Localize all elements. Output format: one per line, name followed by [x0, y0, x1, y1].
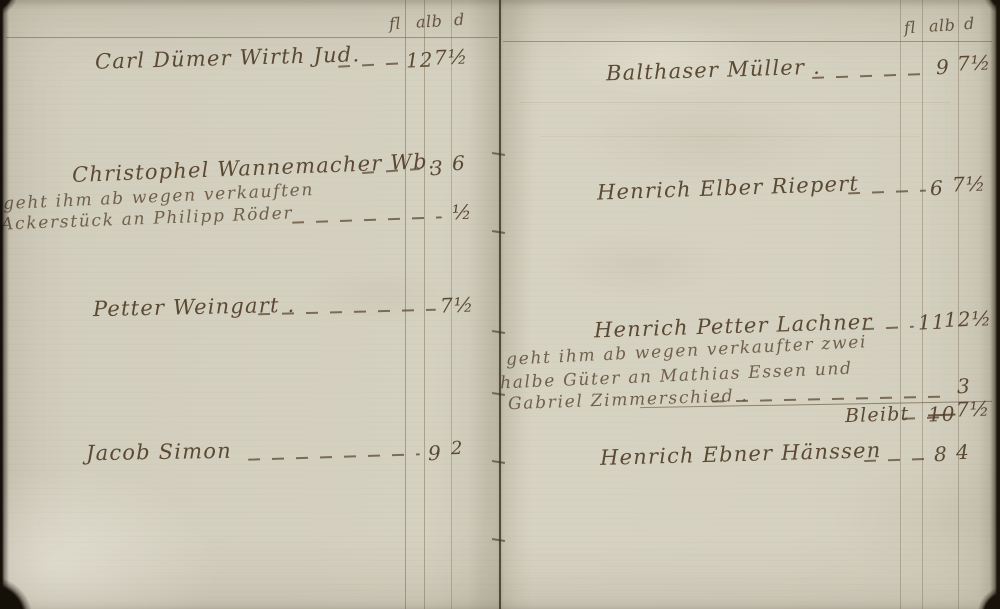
entry-name: Christophel Wannemacher Wb.: [72, 151, 436, 186]
amount-d: 7½: [440, 294, 475, 315]
amount-fl: 12: [406, 50, 434, 71]
amount-fl: 11: [918, 312, 946, 333]
amount-alb: 7½: [952, 173, 987, 194]
amount-fl: 3: [430, 158, 444, 178]
amount-fl: 6: [930, 178, 944, 198]
amount-alb: 12½: [944, 308, 993, 330]
entry-name: Henrich Elber Riepert: [597, 173, 860, 203]
amount-fl: 9: [428, 443, 442, 463]
amount-deduction: 3: [957, 376, 971, 396]
amount-alb: 4: [956, 442, 970, 462]
ink-dash: [812, 73, 924, 79]
gutter-line: [499, 0, 501, 609]
amount-fl: 8: [934, 444, 948, 464]
amount-alb: 6: [452, 153, 466, 173]
book-edge-left: [0, 0, 9, 609]
entry-name: Jacob Simon: [86, 441, 232, 465]
column-header-d: d: [454, 12, 466, 29]
ink-dash: [248, 453, 420, 460]
amount-d: ½: [452, 202, 473, 223]
faint-rule: [540, 136, 920, 137]
column-header-fl: fl: [903, 20, 916, 37]
remainder-fl: 10: [928, 404, 956, 425]
amount-alb: 2: [451, 440, 464, 458]
amount-fl: 9: [936, 57, 950, 77]
remainder-alb: 7½: [956, 398, 991, 419]
column-rule: [958, 0, 959, 609]
column-rule: [900, 0, 901, 609]
entry-name: Balthaser Müller .: [606, 57, 822, 85]
ledger-scan: fl alb d Carl Dümer Wirth Jud. 12 7½ Chr…: [0, 0, 1000, 609]
column-rule: [922, 0, 923, 609]
amount-alb: 7½: [434, 46, 469, 67]
ink-dash: [848, 190, 926, 195]
book-edge-right: [990, 0, 1000, 609]
column-rule: [405, 0, 406, 609]
column-header-alb: alb: [416, 13, 443, 30]
ink-dash: [292, 216, 442, 223]
header-rule: [6, 37, 498, 38]
faint-rule: [520, 102, 950, 103]
column-rule: [424, 0, 425, 609]
entry-name: Henrich Ebner Hänssen: [600, 440, 882, 469]
header-rule: [503, 41, 992, 42]
entry-name: Carl Dümer Wirth Jud.: [95, 44, 361, 72]
column-header-d: d: [964, 16, 976, 33]
entry-name: Petter Weingart .: [93, 295, 296, 320]
column-header-fl: fl: [388, 16, 401, 33]
column-header-alb: alb: [929, 17, 956, 34]
amount-alb: 7½: [957, 52, 992, 73]
remainder-label: Bleibt: [845, 405, 910, 426]
